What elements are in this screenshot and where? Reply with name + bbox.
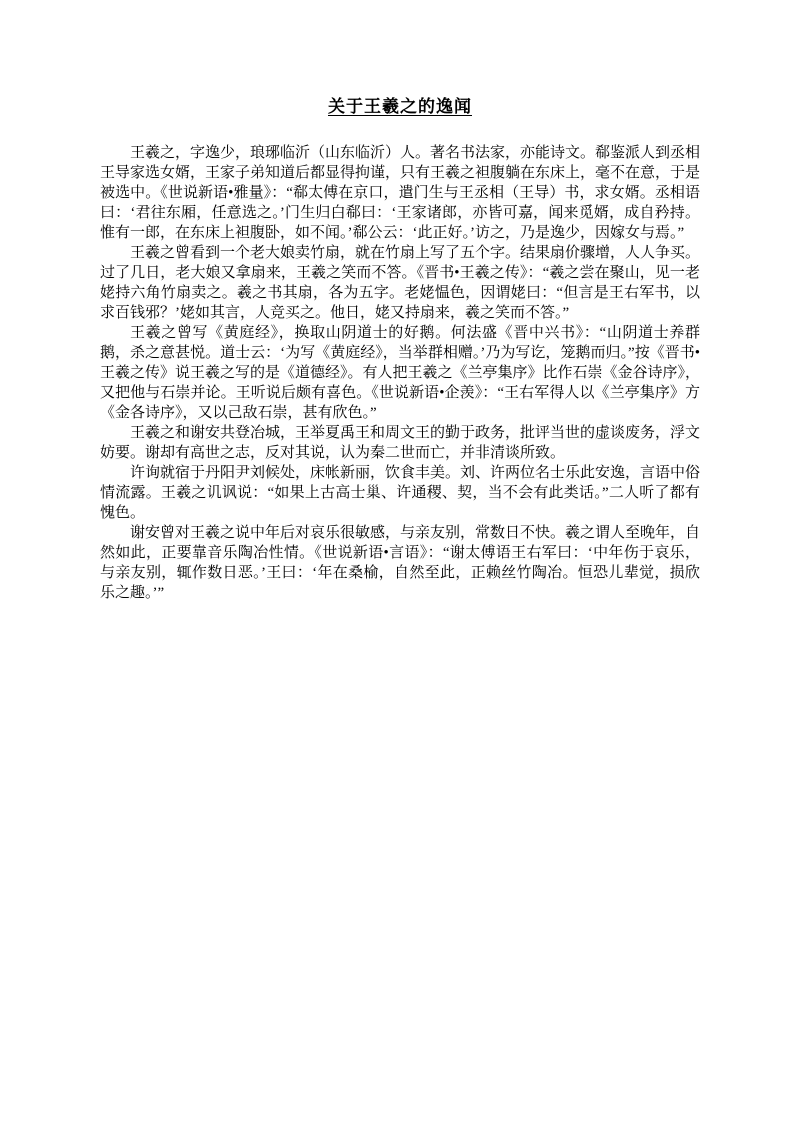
document-page: 关于王羲之的逸闻 王羲之，字逸少，琅琊临沂（山东临沂）人。著名书法家，亦能诗文。…: [0, 0, 800, 1132]
paragraph-xiean-music-story: 谢安曾对王羲之说中年后对哀乐很敏感，与亲友别，常数日不快。羲之谓人至晚年，自然如…: [100, 523, 700, 603]
document-title: 关于王羲之的逸闻: [100, 92, 700, 117]
paragraph-east-bed-story: 王羲之，字逸少，琅琊临沂（山东临沂）人。著名书法家，亦能诗文。郗鉴派人到丞相王导…: [100, 143, 700, 243]
paragraph-xuxun-story: 许询就宿于丹阳尹刘候处，床帐新丽，饮食丰美。刘、许两位名士乐此安逸，言语中俗情流…: [100, 463, 700, 523]
paragraph-goose-and-lanting-story: 王羲之曾写《黄庭经》，换取山阴道士的好鹅。何法盛《晋中兴书》：“山阴道士养群鹅，…: [100, 323, 700, 423]
document-body: 王羲之，字逸少，琅琊临沂（山东临沂）人。著名书法家，亦能诗文。郗鉴派人到丞相王导…: [100, 143, 700, 603]
paragraph-fan-story: 王羲之曾看到一个老大娘卖竹扇，就在竹扇上写了五个字。结果扇价骤增，人人争买。过了…: [100, 243, 700, 323]
paragraph-yecheng-story: 王羲之和谢安共登冶城，王举夏禹王和周文王的勤于政务，批评当世的虚谈废务，浮文妨要…: [100, 423, 700, 463]
